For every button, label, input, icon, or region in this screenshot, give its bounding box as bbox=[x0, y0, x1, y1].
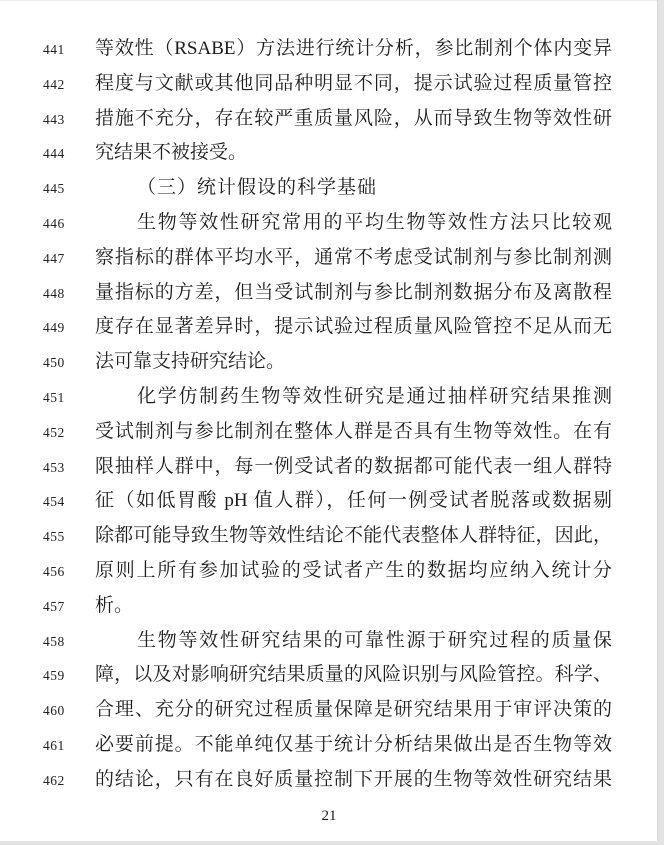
document-line: 460合理、充分的研究过程质量保障是研究结果用于审评决策的 bbox=[43, 698, 612, 733]
document-line: 459障，以及对影响研究结果质量的风险识别与风险管控。科学、 bbox=[43, 663, 612, 698]
line-text: 合理、充分的研究过程质量保障是研究结果用于审评决策的 bbox=[95, 698, 612, 722]
line-text: 析。 bbox=[95, 594, 612, 618]
document-line: 461必要前提。不能单纯仅基于统计分析结果做出是否生物等效 bbox=[43, 733, 612, 768]
line-number: 460 bbox=[43, 703, 95, 719]
line-text: 的结论，只有在良好质量控制下开展的生物等效性研究结果 bbox=[95, 768, 612, 792]
document-line: 455除都可能导致生物等效性结论不能代表整体人群特征，因此， bbox=[43, 524, 612, 559]
document-line: 453限抽样人群中，每一例受试者的数据都可能代表一组人群特 bbox=[43, 455, 612, 490]
line-number: 449 bbox=[43, 320, 95, 336]
line-text: 法可靠支持研究结论。 bbox=[95, 350, 612, 374]
line-number: 452 bbox=[43, 425, 95, 441]
line-number: 442 bbox=[43, 77, 95, 93]
document-line: 452受试制剂与参比制剂在整体人群是否具有生物等效性。在有 bbox=[43, 420, 612, 455]
line-number: 458 bbox=[43, 634, 95, 650]
document-line: 458生物等效性研究结果的可靠性源于研究过程的质量保 bbox=[43, 629, 612, 664]
page-number: 21 bbox=[0, 808, 658, 825]
document-line: 451化学仿制药生物等效性研究是通过抽样研究结果推测 bbox=[43, 385, 612, 420]
line-text: 程度与文献或其他同品种明显不同，提示试验过程质量管控 bbox=[95, 72, 612, 96]
line-text: 限抽样人群中，每一例受试者的数据都可能代表一组人群特 bbox=[95, 455, 612, 479]
page-top-edge bbox=[0, 0, 664, 1]
document-line: 447察指标的群体平均水平，通常不考虑受试制剂与参比制剂测 bbox=[43, 246, 612, 281]
line-text: 察指标的群体平均水平，通常不考虑受试制剂与参比制剂测 bbox=[95, 246, 612, 270]
document-line: 446生物等效性研究常用的平均生物等效性方法只比较观 bbox=[43, 211, 612, 246]
line-number: 461 bbox=[43, 738, 95, 754]
document-line: 441等效性（RSABE）方法进行统计分析，参比制剂个体内变异 bbox=[43, 37, 612, 72]
document-line: 462的结论，只有在良好质量控制下开展的生物等效性研究结果 bbox=[43, 768, 612, 803]
line-text: 量指标的方差，但当受试制剂与参比制剂数据分布及离散程 bbox=[95, 281, 612, 305]
line-number: 456 bbox=[43, 564, 95, 580]
line-number: 455 bbox=[43, 529, 95, 545]
document-line: 442程度与文献或其他同品种明显不同，提示试验过程质量管控 bbox=[43, 72, 612, 107]
document-line: 448量指标的方差，但当受试制剂与参比制剂数据分布及离散程 bbox=[43, 281, 612, 316]
scan-bottom-edge bbox=[0, 841, 664, 845]
line-text: 等效性（RSABE）方法进行统计分析，参比制剂个体内变异 bbox=[95, 37, 612, 61]
line-text: 究结果不被接受。 bbox=[95, 141, 612, 165]
line-number: 459 bbox=[43, 668, 95, 684]
document-line: 450法可靠支持研究结论。 bbox=[43, 350, 612, 385]
document-line: 444究结果不被接受。 bbox=[43, 141, 612, 176]
line-number: 446 bbox=[43, 216, 95, 232]
line-text: 必要前提。不能单纯仅基于统计分析结果做出是否生物等效 bbox=[95, 733, 612, 757]
scan-right-edge bbox=[657, 0, 664, 845]
line-text: 措施不充分，存在较严重质量风险，从而导致生物等效性研 bbox=[95, 107, 612, 131]
line-number: 453 bbox=[43, 460, 95, 476]
line-text: 受试制剂与参比制剂在整体人群是否具有生物等效性。在有 bbox=[95, 420, 612, 444]
line-number: 454 bbox=[43, 494, 95, 510]
line-number: 445 bbox=[43, 181, 95, 197]
section-heading: （三）统计假设的科学基础 bbox=[95, 176, 612, 200]
line-number: 447 bbox=[43, 251, 95, 267]
line-text: 征（如低胃酸 pH 值人群），任何一例受试者脱落或数据剔 bbox=[95, 489, 612, 513]
line-text: 除都可能导致生物等效性结论不能代表整体人群特征，因此， bbox=[95, 524, 612, 548]
line-text: 生物等效性研究常用的平均生物等效性方法只比较观 bbox=[95, 211, 612, 235]
line-number: 448 bbox=[43, 286, 95, 302]
line-text: 化学仿制药生物等效性研究是通过抽样研究结果推测 bbox=[95, 385, 612, 409]
line-number: 443 bbox=[43, 112, 95, 128]
line-text: 生物等效性研究结果的可靠性源于研究过程的质量保 bbox=[95, 629, 612, 653]
document-line: 443措施不充分，存在较严重质量风险，从而导致生物等效性研 bbox=[43, 107, 612, 142]
line-number: 444 bbox=[43, 146, 95, 162]
line-number: 450 bbox=[43, 355, 95, 371]
document-line: 454征（如低胃酸 pH 值人群），任何一例受试者脱落或数据剔 bbox=[43, 489, 612, 524]
line-text: 度存在显著差异时，提示试验过程质量风险管控不足从而无 bbox=[95, 315, 612, 339]
line-number: 441 bbox=[43, 42, 95, 58]
document-line: 457析。 bbox=[43, 594, 612, 629]
document-line: 449度存在显著差异时，提示试验过程质量风险管控不足从而无 bbox=[43, 315, 612, 350]
document-line: 445（三）统计假设的科学基础 bbox=[43, 176, 612, 211]
line-text: 障，以及对影响研究结果质量的风险识别与风险管控。科学、 bbox=[95, 663, 612, 687]
line-number: 457 bbox=[43, 599, 95, 615]
line-text: 原则上所有参加试验的受试者产生的数据均应纳入统计分 bbox=[95, 559, 612, 583]
text-body: 441等效性（RSABE）方法进行统计分析，参比制剂个体内变异442程度与文献或… bbox=[43, 37, 612, 803]
document-line: 456原则上所有参加试验的受试者产生的数据均应纳入统计分 bbox=[43, 559, 612, 594]
line-number: 462 bbox=[43, 773, 95, 789]
line-number: 451 bbox=[43, 390, 95, 406]
